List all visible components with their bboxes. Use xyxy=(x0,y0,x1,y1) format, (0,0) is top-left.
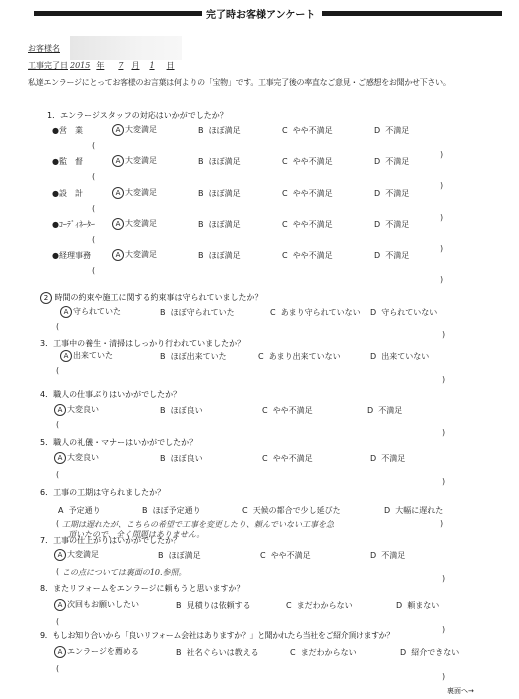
comment-close-paren: ) xyxy=(442,330,445,339)
q4-option-b[interactable]: B ほぼ良い xyxy=(160,405,203,416)
selected-circle-icon: A xyxy=(54,646,66,658)
comment-open-paren[interactable]: ( xyxy=(56,366,59,375)
q1-option-a[interactable]: A大変満足 xyxy=(112,187,157,199)
completion-label: 工事完了日 xyxy=(28,61,68,70)
selected-circle-icon: A xyxy=(112,124,124,136)
comment-close-paren: ) xyxy=(440,181,443,190)
selected-circle-icon: A xyxy=(112,187,124,199)
customer-name-label: お客様名 xyxy=(28,43,60,54)
comment-close-paren: ) xyxy=(440,275,443,284)
completion-day: 1 xyxy=(149,61,154,70)
comment-close-paren: ) xyxy=(442,574,445,583)
q1-option-d[interactable]: D 不満足 xyxy=(374,250,409,261)
q7-option-b[interactable]: B ほぼ満足 xyxy=(158,550,201,561)
q8-option-b[interactable]: B 見積りは依頼する xyxy=(176,600,251,611)
q1-option-a[interactable]: A大変満足 xyxy=(112,124,157,136)
q1-option-a[interactable]: A大変満足 xyxy=(112,218,157,230)
q2-option-c[interactable]: C あまり守られていない xyxy=(270,307,361,318)
selected-circle-icon: A xyxy=(60,306,72,318)
q1-option-d[interactable]: D 不満足 xyxy=(374,188,409,199)
q7-comment[interactable]: この点については裏面の10.参照。 xyxy=(62,567,187,578)
comment-open-paren[interactable]: ( xyxy=(56,664,59,673)
q8-option-d[interactable]: D 頼まない xyxy=(396,600,439,611)
q1-row-label: ●ｺｰﾃﾞｨﾈｰﾀｰ xyxy=(52,219,95,230)
q6-option-c[interactable]: C 天候の都合で少し延びた xyxy=(242,505,341,516)
q8-option-a[interactable]: A次回もお願いしたい xyxy=(54,599,139,611)
q1-row-label: ●監 督 xyxy=(52,156,83,167)
page-title: 完了時お客様アンケート xyxy=(206,6,315,21)
completion-year: 2015 xyxy=(70,61,90,70)
q5-option-b[interactable]: B ほぼ良い xyxy=(160,453,203,464)
header-bar-left xyxy=(34,11,202,16)
q7-option-c[interactable]: C やや不満足 xyxy=(260,550,311,561)
q5-option-a[interactable]: A大変良い xyxy=(54,452,99,464)
comment-open-paren[interactable]: ( xyxy=(56,322,59,331)
q1-row-label: ●営 業 xyxy=(52,125,83,136)
completion-month: 7 xyxy=(118,61,123,70)
selected-circle-icon: A xyxy=(112,249,124,261)
comment-open-paren[interactable]: ( xyxy=(92,204,95,213)
q1-option-d[interactable]: D 不満足 xyxy=(374,156,409,167)
q9-option-a[interactable]: Aエンラージを薦める xyxy=(54,646,139,658)
q9-option-d[interactable]: D 紹介できない xyxy=(400,647,459,658)
comment-open-paren[interactable]: ( xyxy=(56,470,59,479)
circled-number-icon: 2 xyxy=(40,292,52,304)
q5-option-c[interactable]: C やや不満足 xyxy=(262,453,313,464)
q1-option-c[interactable]: C やや不満足 xyxy=(282,219,333,230)
q6-option-d[interactable]: D 大幅に遅れた xyxy=(384,505,443,516)
q2-title: 2 時間の約束や施工に関する約束事は守られていましたか？ xyxy=(40,292,263,304)
q1-option-c[interactable]: C やや不満足 xyxy=(282,156,333,167)
comment-close-paren: ) xyxy=(442,625,445,634)
q9-option-c[interactable]: C まだわからない xyxy=(290,647,357,658)
comment-close-paren: ) xyxy=(440,244,443,253)
next-page-label: 裏面へ→ xyxy=(447,686,474,696)
selected-circle-icon: A xyxy=(112,155,124,167)
comment-close-paren: ) xyxy=(440,150,443,159)
comment-open-paren[interactable]: ( xyxy=(56,420,59,429)
q3-title: 3．工事中の養生・清掃はしっかり行われていましたか？ xyxy=(40,338,245,349)
comment-open-paren[interactable]: ( xyxy=(56,519,59,528)
q1-option-d[interactable]: D 不満足 xyxy=(374,125,409,136)
q3-option-c[interactable]: C あまり出来ていない xyxy=(258,351,341,362)
q3-option-d[interactable]: D 出来ていない xyxy=(370,351,429,362)
q4-option-d[interactable]: D 不満足 xyxy=(367,405,402,416)
q1-option-c[interactable]: C やや不満足 xyxy=(282,250,333,261)
q1-option-b[interactable]: B ほぼ満足 xyxy=(198,219,241,230)
comment-close-paren: ) xyxy=(442,672,445,681)
q7-option-d[interactable]: D 不満足 xyxy=(370,550,405,561)
comment-open-paren[interactable]: ( xyxy=(92,235,95,244)
comment-open-paren[interactable]: ( xyxy=(92,266,95,275)
comment-open-paren[interactable]: ( xyxy=(56,617,59,626)
q6-option-a[interactable]: A 予定通り xyxy=(58,505,101,516)
comment-close-paren: ) xyxy=(440,213,443,222)
q4-title: 4．職人の仕事ぶりはいかがでしたか？ xyxy=(40,389,181,400)
q7-option-a[interactable]: A大変満足 xyxy=(54,549,99,561)
q9-title: 9．もしお知り合いから「良いリフォーム会社はありますか？」と聞かれたら当社をご紹… xyxy=(40,630,394,641)
q6-title: 6．工事の工期は守られましたか？ xyxy=(40,487,165,498)
comment-close-paren: ) xyxy=(442,477,445,486)
q5-title: 5．職人の礼儀・マナーはいかがでしたか？ xyxy=(40,437,197,448)
q2-option-b[interactable]: B ほぼ守られていた xyxy=(160,307,235,318)
header-bar-right xyxy=(322,11,502,16)
q2-option-a[interactable]: A守られていた xyxy=(60,306,121,318)
q4-option-a[interactable]: A大変良い xyxy=(54,404,99,416)
q1-option-b[interactable]: B ほぼ満足 xyxy=(198,250,241,261)
redacted-customer-name xyxy=(70,36,182,60)
selected-circle-icon: A xyxy=(54,404,66,416)
comment-open-paren[interactable]: ( xyxy=(56,567,59,576)
selected-circle-icon: A xyxy=(54,452,66,464)
q2-option-d[interactable]: D 守られていない xyxy=(370,307,437,318)
selected-circle-icon: A xyxy=(54,599,66,611)
selected-circle-icon: A xyxy=(54,549,66,561)
q9-option-b[interactable]: B 社名ぐらいは教える xyxy=(176,647,259,658)
q3-option-b[interactable]: B ほぼ出来ていた xyxy=(160,351,227,362)
q1-option-a[interactable]: A大変満足 xyxy=(112,249,157,261)
selected-circle-icon: A xyxy=(60,350,72,362)
comment-close-paren: ) xyxy=(442,428,445,437)
comment-close-paren: ) xyxy=(440,519,443,528)
q1-option-b[interactable]: B ほぼ満足 xyxy=(198,125,241,136)
q4-option-c[interactable]: C やや不満足 xyxy=(262,405,313,416)
q1-option-b[interactable]: B ほぼ満足 xyxy=(198,156,241,167)
q1-option-d[interactable]: D 不満足 xyxy=(374,219,409,230)
q1-option-c[interactable]: C やや不満足 xyxy=(282,188,333,199)
selected-circle-icon: A xyxy=(112,218,124,230)
comment-open-paren[interactable]: ( xyxy=(92,141,95,150)
q3-option-a[interactable]: A出来ていた xyxy=(60,350,113,362)
q1-option-a[interactable]: A大変満足 xyxy=(112,155,157,167)
q7-title: 7．工事の仕上がりはいかがでしたか？ xyxy=(40,535,181,546)
q1-row-label: ●設 計 xyxy=(52,188,83,199)
intro-text: 私達エンラージにとってお客様のお言葉は何よりの「宝物」です。工事完了後の率直なご… xyxy=(28,77,451,88)
q1-option-c[interactable]: C やや不満足 xyxy=(282,125,333,136)
q8-title: 8．またリフォームをエンラージに頼もうと思いますか？ xyxy=(40,583,245,594)
q5-option-d[interactable]: D 不満足 xyxy=(370,453,405,464)
comment-close-paren: ) xyxy=(442,375,445,384)
q8-option-c[interactable]: C まだわからない xyxy=(286,600,353,611)
completion-date: 工事完了日2015年7月1日 xyxy=(28,60,175,71)
q6-option-b[interactable]: B ほぼ予定通り xyxy=(142,505,201,516)
q1-title: 1．エンラージスタッフの対応はいかがでしたか？ xyxy=(47,110,228,121)
comment-open-paren[interactable]: ( xyxy=(92,172,95,181)
q1-row-label: ●経理事務 xyxy=(52,250,91,261)
q1-option-b[interactable]: B ほぼ満足 xyxy=(198,188,241,199)
